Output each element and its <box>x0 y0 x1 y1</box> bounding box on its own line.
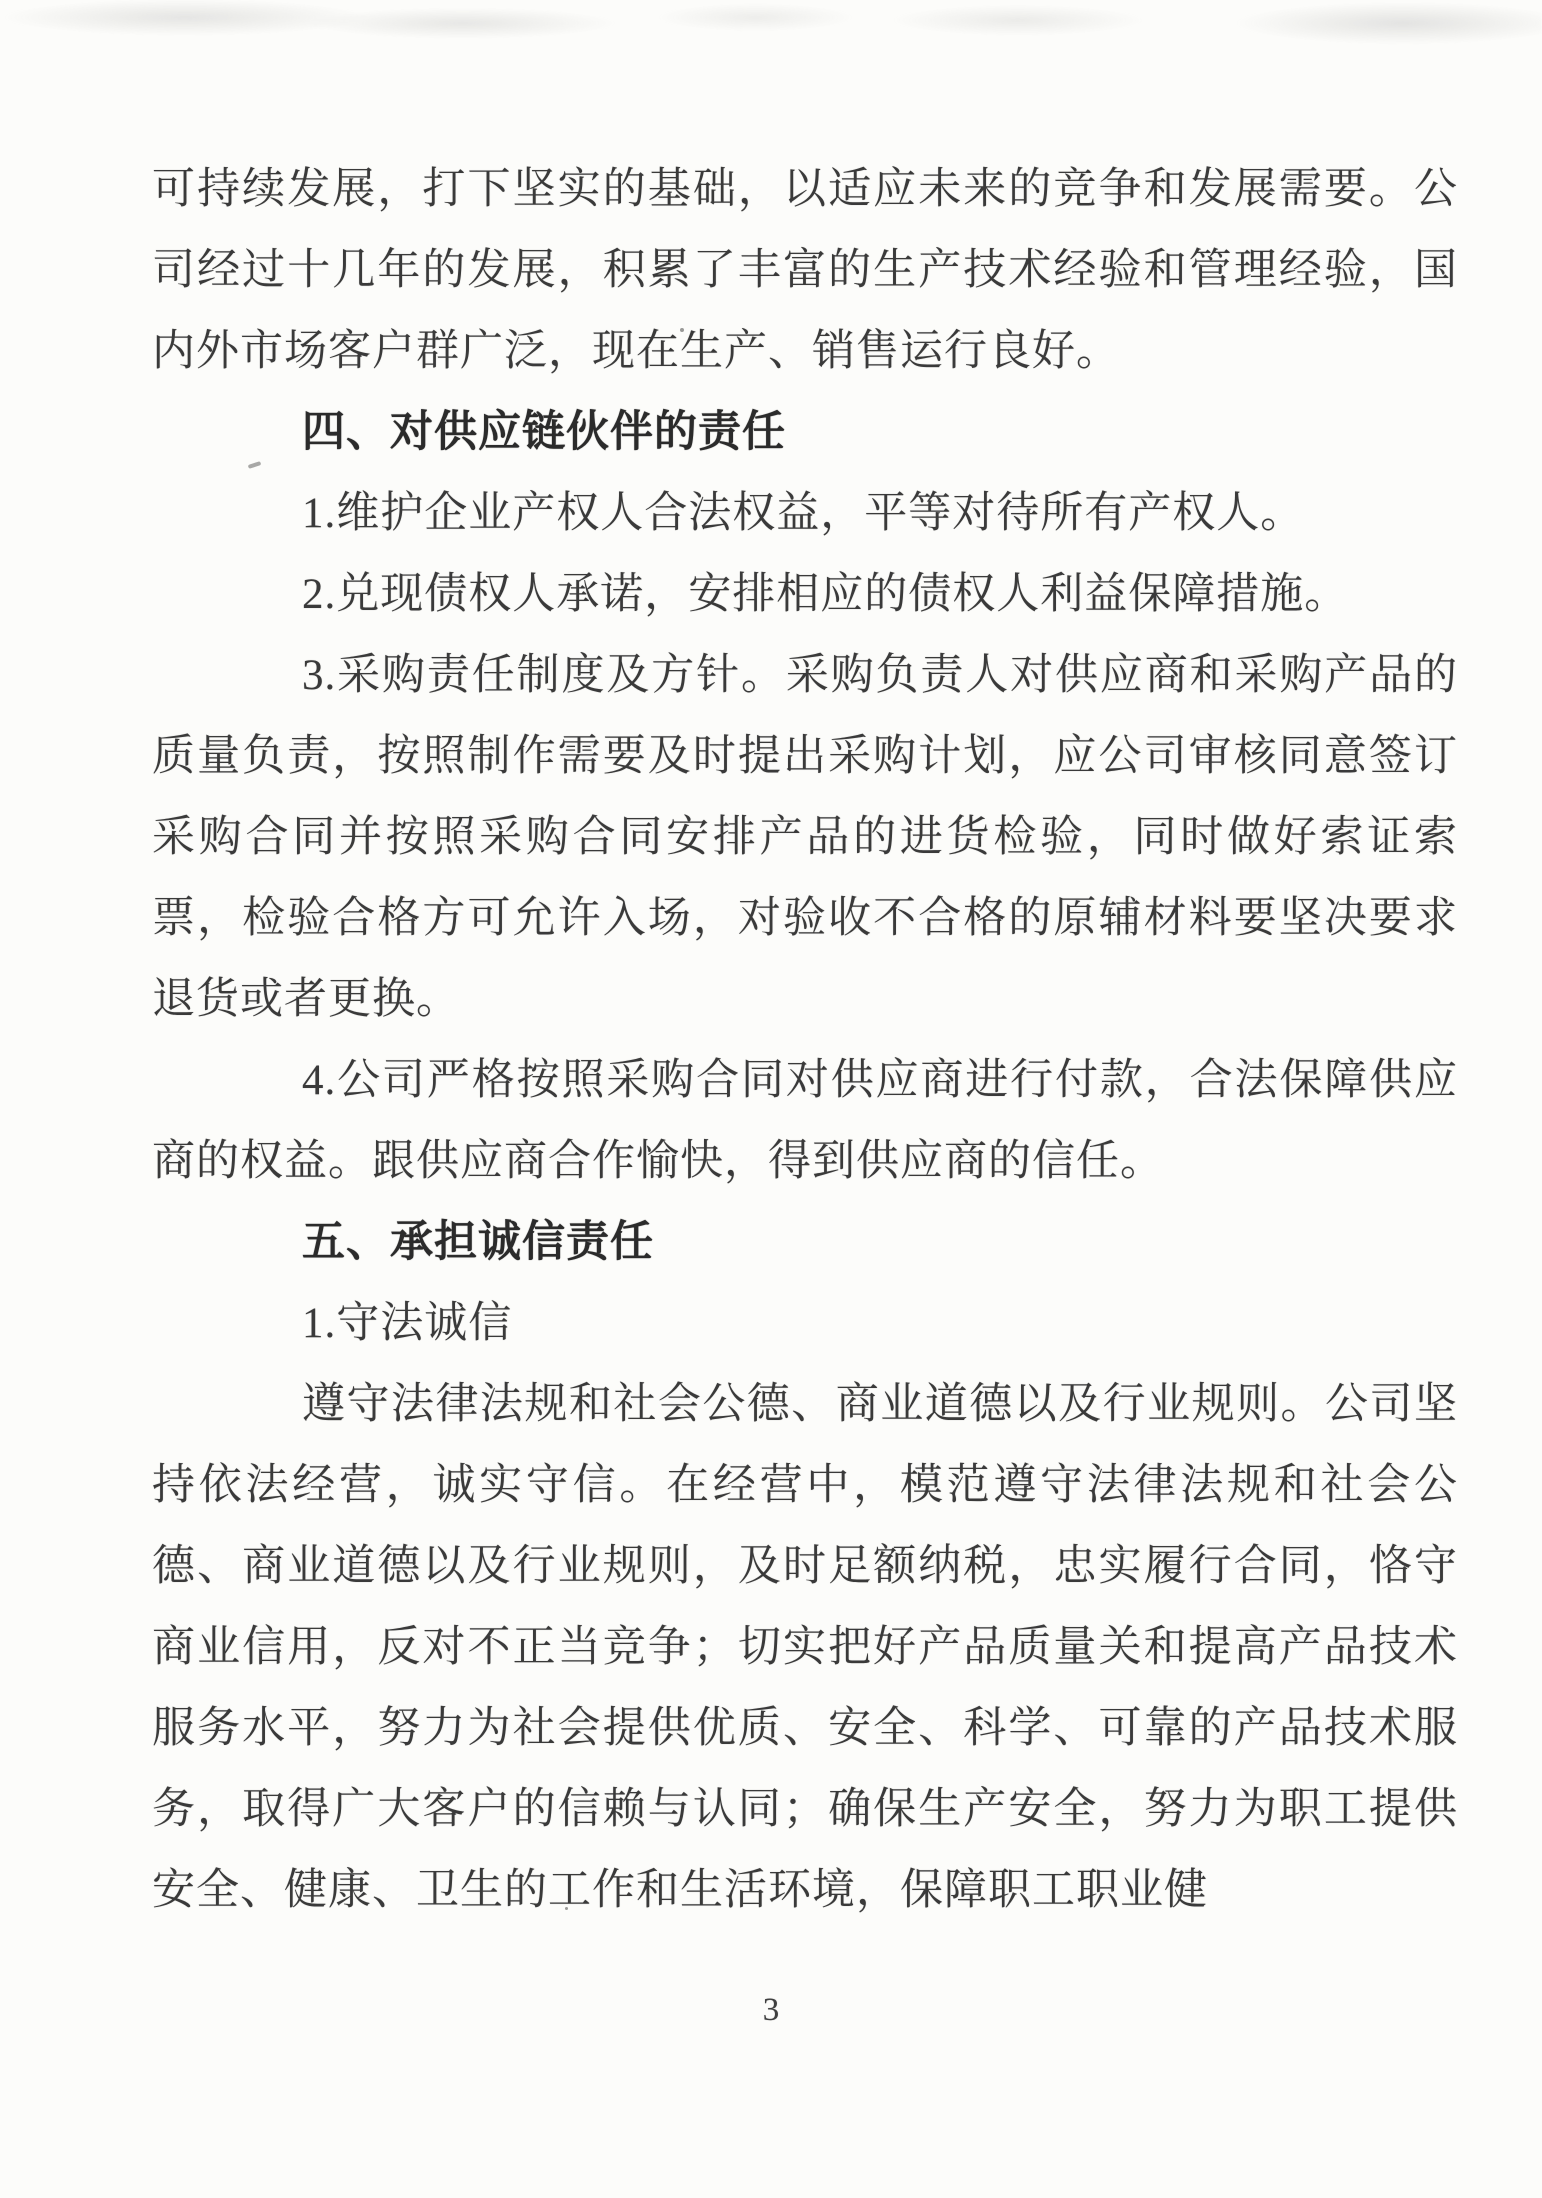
paragraph-integrity-detail: 遵守法律法规和社会公德、商业道德以及行业规则。公司坚持依法经营，诚实守信。在经营… <box>152 1364 1458 1931</box>
scan-speck <box>565 1907 568 1910</box>
paragraph-continuation: 可持续发展，打下坚实的基础，以适应未来的竞争和发展需要。公司经过十几年的发展，积… <box>152 149 1458 392</box>
list-item-1: 1.维护企业产权人合法权益，平等对待所有产权人。 <box>152 473 1458 554</box>
list-item-2: 2.兑现债权人承诺，安排相应的债权人利益保障措施。 <box>152 554 1458 635</box>
scan-speck <box>680 328 684 332</box>
list-item-4: 4.公司严格按照采购合同对供应商进行付款，合法保障供应商的权益。跟供应商合作愉快… <box>152 1040 1458 1202</box>
section-heading-supply-chain: 四、对供应链伙伴的责任 <box>152 392 1458 473</box>
scan-noise-band <box>0 0 1542 58</box>
section-heading-integrity: 五、承担诚信责任 <box>152 1202 1458 1283</box>
scanned-document-page: 可持续发展，打下坚实的基础，以适应未来的竞争和发展需要。公司经过十几年的发展，积… <box>0 0 1542 2198</box>
list-item-integrity-1: 1.守法诚信 <box>152 1283 1458 1364</box>
list-item-3: 3.采购责任制度及方针。采购负责人对供应商和采购产品的质量负责，按照制作需要及时… <box>152 635 1458 1040</box>
page-number: 3 <box>0 1992 1542 2029</box>
document-body: 可持续发展，打下坚实的基础，以适应未来的竞争和发展需要。公司经过十几年的发展，积… <box>152 149 1458 1931</box>
